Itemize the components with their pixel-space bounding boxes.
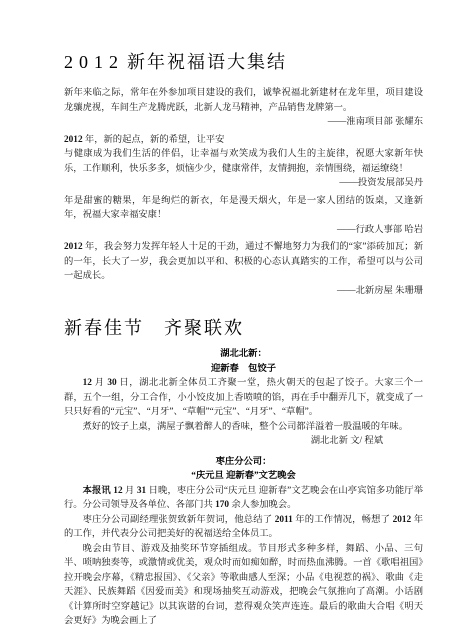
text-run: 枣庄分公司：: [216, 457, 272, 467]
bold-text-run: 170: [215, 500, 229, 510]
zaozhuang-paragraph-1: 本报讯 12 月 31 日晚，枣庄分公司“庆元旦 迎新春”文艺晚会在山亭宾馆多功…: [64, 484, 423, 513]
text-run: 枣庄分公司副经理张贺致新年贺词，他总结了: [83, 515, 275, 525]
text-run: 湖北北新：: [220, 349, 267, 359]
subhead-dumpling-event: 迎新春 包饺子: [64, 362, 423, 377]
document-title-text: 新年祝福语大集结: [127, 52, 287, 72]
text-run: ——行政人事部 哈岩: [337, 225, 423, 235]
text-run: 日，湖北北新全体员工齐聚一堂，热火朝天的包起了饺子。大家三个一群，五个一组，分工…: [64, 378, 423, 417]
document-title-year: 2012: [64, 52, 124, 72]
text-run: 年，我会努力发挥年轻人十足的干劲，通过不懈地努力为我们的“家”添砖加瓦；新的一年…: [64, 242, 423, 281]
text-run: ——投资发展部吴丹: [339, 178, 423, 188]
bold-text-run: 30: [107, 378, 116, 388]
text-run: “庆元旦 迎新春”文艺晚会: [191, 471, 296, 481]
zaozhuang-paragraph-2: 枣庄分公司副经理张贺致新年贺词，他总结了 2011 年的工作情况，畅想了 201…: [64, 513, 423, 542]
bold-text-run: 31: [137, 486, 146, 496]
text-run: 月: [92, 378, 107, 388]
text-run: 迎新春 包饺子: [211, 364, 276, 374]
section-heading-spring-gala: 新春佳节 齐聚联欢: [64, 316, 423, 340]
subhead-hubei-beixin: 湖北北新：: [64, 347, 423, 362]
attribution-zhang-yaodong: ——淮南项目部 张耀东: [64, 115, 423, 130]
greeting-paragraph-2-opening-line: 2012 年，新的起点，新的希望，让平安: [64, 133, 423, 148]
subhead-zaozhuang-branch: 枣庄分公司：: [64, 455, 423, 470]
zaozhuang-paragraph-3: 晚会由节目、游戏及抽奖环节穿插组成。节目形式多种多样，舞蹈、小品、三句半、唢呐独…: [64, 542, 423, 629]
attribution-wu-dan: ——投资发展部吴丹: [64, 176, 423, 191]
text-run: 月: [123, 486, 137, 496]
bold-text-run: 2012: [64, 242, 83, 252]
attribution-ha-yan: ——行政人事部 哈岩: [64, 223, 423, 238]
greeting-paragraph-2: 与健康成为我们生活的伴侣，让幸福与欢笑成为我们人生的主旋律，祝愿大家新年快乐，工…: [64, 147, 423, 176]
bold-text-run: 2012: [393, 515, 412, 525]
hubei-paragraph-1: 12 月 30 日，湖北北新全体员工齐聚一堂，热火朝天的包起了饺子。大家三个一群…: [64, 376, 423, 420]
greeting-paragraph-4: 2012 年，我会努力发挥年轻人十足的干劲，通过不懈地努力为我们的“家”添砖加瓦…: [64, 240, 423, 284]
greeting-paragraph-3: 年是甜蜜的糖果，年是绚烂的新衣，年是漫天烟火，年是一家人团结的饭桌，又逢新年，祝…: [64, 194, 423, 223]
text-run: 与健康成为我们生活的伴侣，让幸福与欢笑成为我们人生的主旋律，祝愿大家新年快乐，工…: [64, 149, 423, 174]
text-run: 新春佳节 齐聚联欢: [64, 318, 244, 338]
bold-text-run: 本报讯: [83, 486, 111, 496]
bold-text-run: 2012: [64, 135, 83, 145]
document-page: 2012新年祝福语大集结 新年来临之际，常年在外参加项目建设的我们，诚挚祝福北新…: [0, 0, 451, 638]
subhead-gala-title: “庆元旦 迎新春”文艺晚会: [64, 469, 423, 484]
bold-text-run: 12: [83, 378, 92, 388]
text-run: 年，新的起点，新的希望，让平安: [83, 135, 225, 145]
text-run: ——淮南项目部 张耀东: [328, 117, 423, 127]
byline-cheng-bin: 湖北北新 文/ 程斌: [64, 434, 423, 449]
greeting-paragraph-1: 新年来临之际，常年在外参加项目建设的我们，诚挚祝福北新建材在龙年里，项目建设龙骧…: [64, 86, 423, 115]
text-run: 年是甜蜜的糖果，年是绚烂的新衣，年是漫天烟火，年是一家人团结的饭桌，又逢新年，祝…: [64, 196, 423, 221]
text-run: 新年来临之际，常年在外参加项目建设的我们，诚挚祝福北新建材在龙年里，项目建设龙骧…: [64, 88, 423, 113]
bold-text-run: 12: [113, 486, 122, 496]
text-run: 余人参加晚会。: [229, 500, 296, 510]
page-background: { "document": { "title_year": "2012", "t…: [0, 0, 451, 638]
document-body: 新年来临之际，常年在外参加项目建设的我们，诚挚祝福北新建材在龙年里，项目建设龙骧…: [64, 86, 423, 629]
text-run: ——北新房屋 朱珊珊: [337, 286, 423, 296]
bold-text-run: 2011: [275, 515, 293, 525]
hubei-paragraph-2: 煮好的饺子上桌，满屋子飘着醉人的香味，整个公司都洋溢着一股温暖的年味。: [64, 420, 423, 435]
text-run: 晚会由节目、游戏及抽奖环节穿插组成。节目形式多种多样，舞蹈、小品、三句半、唢呐独…: [64, 544, 423, 627]
text-run: 煮好的饺子上桌，满屋子飘着醉人的香味，整个公司都洋溢着一股温暖的年味。: [83, 422, 408, 432]
text-run: 年的工作情况，畅想了: [293, 515, 393, 525]
document-title: 2012新年祝福语大集结: [64, 50, 423, 74]
attribution-zhu-shanshan: ——北新房屋 朱珊珊: [64, 284, 423, 299]
text-run: 湖北北新 文/ 程斌: [311, 436, 383, 446]
